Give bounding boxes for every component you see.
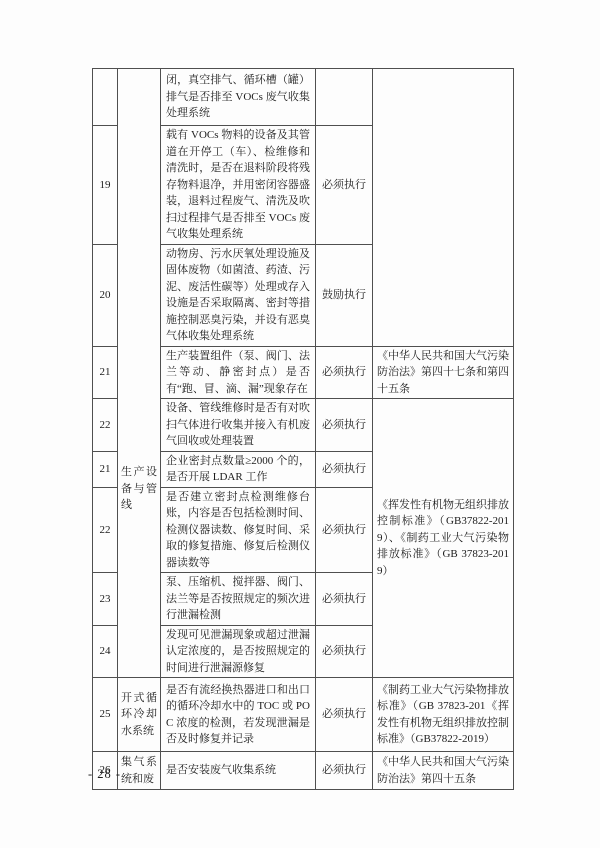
row-number-cell: 22 [93, 487, 118, 573]
description-cell: 是否安装废气收集系统 [161, 752, 316, 790]
execution-cell [316, 69, 373, 126]
execution-cell: 必须执行 [316, 126, 373, 245]
row-number-cell: 20 [93, 244, 118, 346]
description-cell: 是否建立密封点检测维修台账，内容是否包括检测时间、检测仪器读数、修复时间、采取的… [161, 487, 316, 573]
description-cell: 动物房、污水厌氧处理设施及固体废物（如菌渣、药渣、污泥、废活性碳等）处理或存入设… [161, 244, 316, 346]
execution-cell: 必须执行 [316, 678, 373, 752]
row-number-cell: 21 [93, 451, 118, 487]
row-number-cell: 22 [93, 399, 118, 452]
execution-cell: 必须执行 [316, 451, 373, 487]
reference-cell: 《中华人民共和国大气污染防治法》第四十五条 [373, 752, 514, 790]
row-number-cell: 24 [93, 625, 118, 678]
description-cell: 闭，真空排气、循环槽（罐）排气是否排至 VOCs 废气收集处理系统 [161, 69, 316, 126]
reference-cell: 《中华人民共和国大气污染防治法》第四十七条和第四十五条 [373, 346, 514, 399]
row-number-cell: 25 [93, 678, 118, 752]
execution-cell: 必须执行 [316, 752, 373, 790]
row-number-cell: 23 [93, 573, 118, 626]
reference-cell: 《制药工业大气污染物排放标准》（GB 37823-201《挥发性有机物无组织排放… [373, 678, 514, 752]
execution-cell: 必须执行 [316, 346, 373, 399]
table-row: 生产设备与管线 闭，真空排气、循环槽（罐）排气是否排至 VOCs 废气收集处理系… [93, 69, 514, 126]
table-row: 26 集气系统和废 是否安装废气收集系统 必须执行 《中华人民共和国大气污染防治… [93, 752, 514, 790]
document-page: 生产设备与管线 闭，真空排气、循环槽（罐）排气是否排至 VOCs 废气收集处理系… [0, 0, 600, 848]
reference-cell [373, 69, 514, 347]
description-cell: 生产装置组件（泵、阀门、法兰等动、静密封点）是否有“跑、冒、滴、漏”现象存在 [161, 346, 316, 399]
row-number-cell: 21 [93, 346, 118, 399]
execution-cell: 必须执行 [316, 625, 373, 678]
description-cell: 泵、压缩机、搅拌器、阀门、法兰等是否按照规定的频次进行泄漏检测 [161, 573, 316, 626]
page-number: - 28 - [88, 767, 121, 782]
compliance-checklist-table: 生产设备与管线 闭，真空排气、循环槽（罐）排气是否排至 VOCs 废气收集处理系… [92, 68, 514, 790]
execution-cell: 必须执行 [316, 399, 373, 452]
description-cell: 企业密封点数量≥2000 个的，是否开展 LDAR 工作 [161, 451, 316, 487]
row-number-cell [93, 69, 118, 126]
description-cell: 载有 VOCs 物料的设备及其管道在开停工（车）、检维修和清洗时，是否在退料阶段… [161, 126, 316, 245]
execution-cell: 鼓励执行 [316, 244, 373, 346]
table-row: 25 开式循环冷却水系统 是否有流经换热器进口和出口的循环冷却水中的 TOC 或… [93, 678, 514, 752]
category-cell: 集气系统和废 [118, 752, 161, 790]
row-number-cell: 19 [93, 126, 118, 245]
reference-cell: 《挥发性有机物无组织排放控制标准》（GB37822-2019）、《制药工业大气污… [373, 399, 514, 678]
execution-cell: 必须执行 [316, 487, 373, 573]
category-cell: 开式循环冷却水系统 [118, 678, 161, 752]
description-cell: 发现可见泄漏现象或超过泄漏认定浓度的，是否按照规定的时间进行泄漏源修复 [161, 625, 316, 678]
category-cell: 生产设备与管线 [118, 69, 161, 678]
description-cell: 是否有流经换热器进口和出口的循环冷却水中的 TOC 或 POC 浓度的检测，若发… [161, 678, 316, 752]
execution-cell: 必须执行 [316, 573, 373, 626]
description-cell: 设备、管线维修时是否有对吹扫气体进行收集并接入有机废气回收或处理装置 [161, 399, 316, 452]
